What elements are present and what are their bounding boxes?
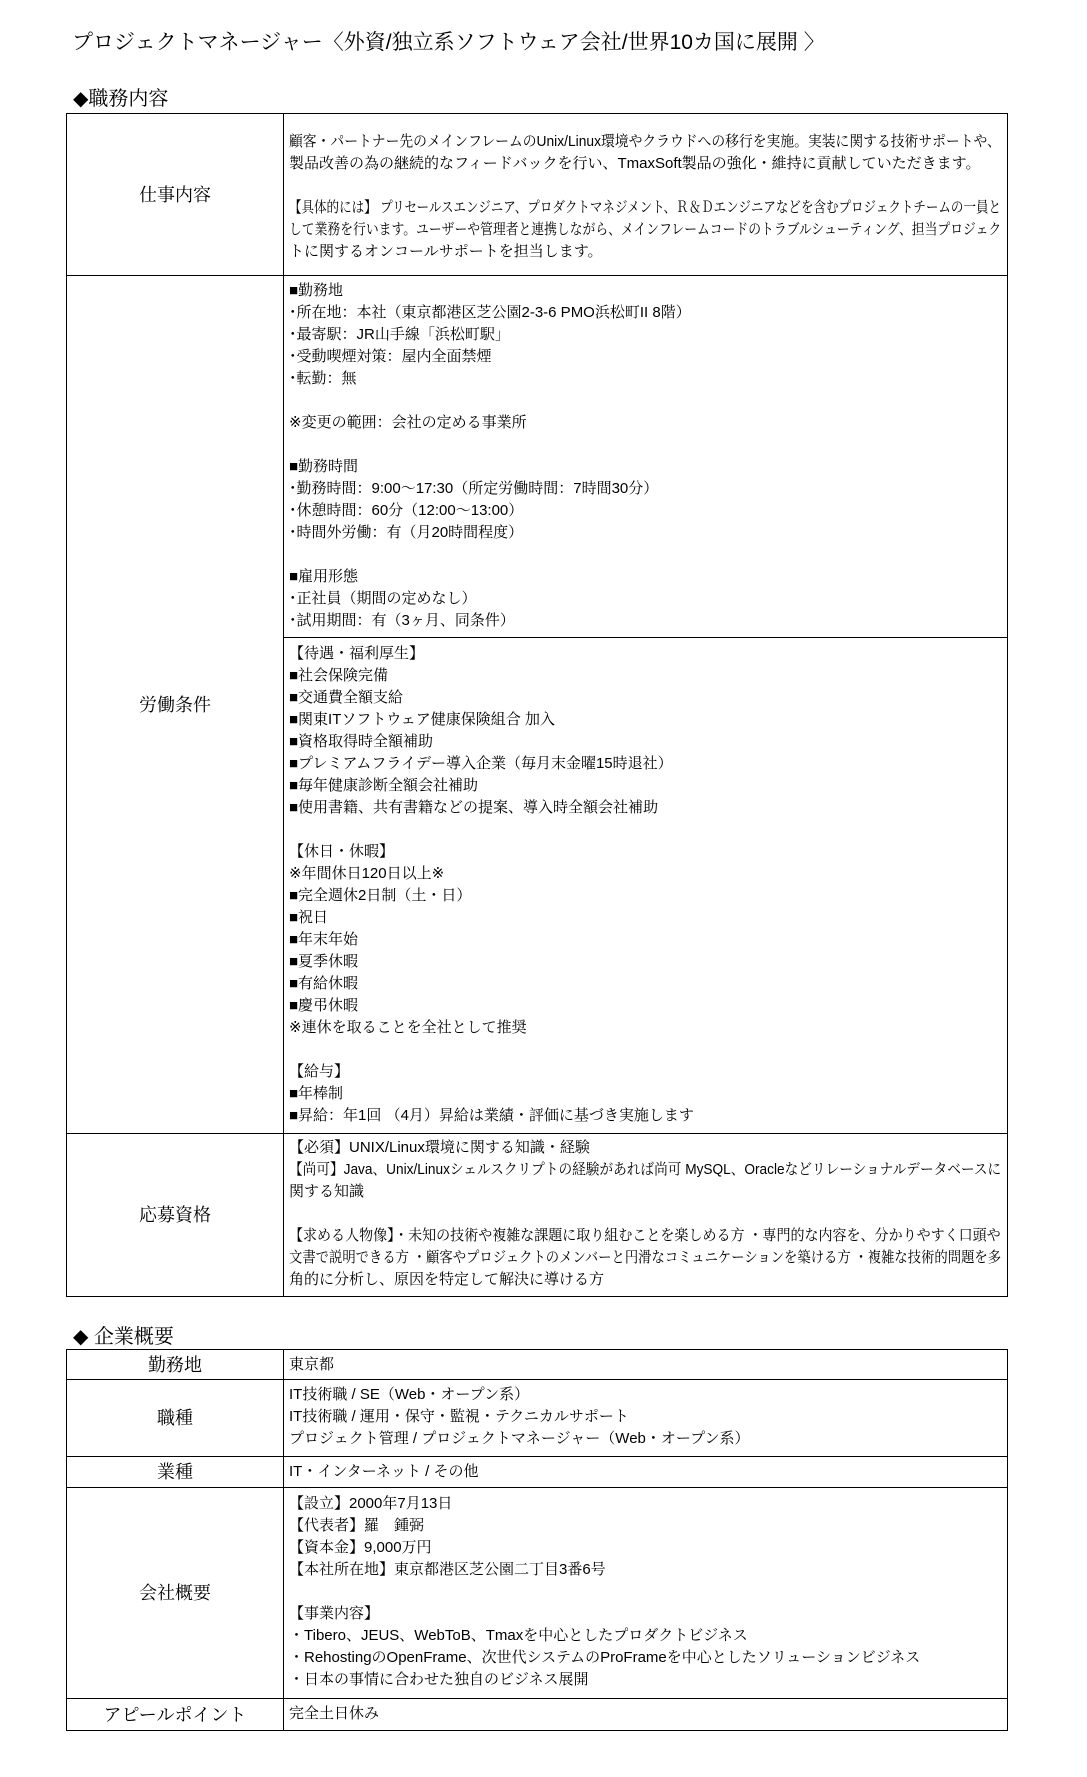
text-line: ■夏季休暇: [289, 951, 1001, 973]
row-label-duties: 仕事内容: [67, 114, 284, 275]
text-line: ■雇用形態: [289, 566, 1001, 588]
paragraph-change-scope: ※変更の範囲：会社の定める事業所: [289, 412, 1001, 434]
text-line: トに関するオンコールサポートを担当します。: [289, 241, 1001, 263]
conditions-location-hours: ■勤務地 ･所在地：本社（東京都港区芝公園2-3-6 PMO浜松町II 8階） …: [284, 276, 1007, 638]
job-details-table: 仕事内容 顧客・パートナー先のメインフレームのUnix/Linux環境やクラウド…: [66, 113, 1008, 1297]
table-row-job-type: 職種 IT技術職 / SE（Web・オープン系） IT技術職 / 運用・保守・監…: [67, 1380, 1008, 1457]
table-row-appeal-point: アピールポイント 完全土日休み: [67, 1699, 1008, 1731]
text-line: IT技術職 / SE（Web・オープン系）: [289, 1384, 1001, 1406]
page-title: プロジェクトマネージャー〈外資/独立系ソフトウェア会社/世界10カ国に展開 〉: [72, 30, 825, 56]
paragraph: 【具体的には】 プリセールスエンジニア、プロダクトマネジメント、Ｒ＆Ｄエンジニア…: [289, 197, 1001, 263]
text-line: ■毎年健康診断全額会社補助: [289, 775, 1001, 797]
text-line: ･転勤：無: [289, 368, 1001, 390]
text-line: ・Tibero、JEUS、WebToB、Tmaxを中心としたプロダクトビジネス: [289, 1625, 1001, 1647]
row-label-industry: 業種: [67, 1457, 284, 1487]
table-row-working-conditions: 労働条件 ■勤務地 ･所在地：本社（東京都港区芝公園2-3-6 PMO浜松町II…: [67, 276, 1008, 1134]
paragraph-requirements: 【必須】UNIX/Linux環境に関する知識・経験 【尚可】Java、Unix/…: [289, 1137, 1001, 1203]
paragraph-business: 【事業内容】 ・Tibero、JEUS、WebToB、Tmaxを中心としたプロダ…: [289, 1603, 1001, 1691]
paragraph-working-hours: ■勤務時間 ･勤務時間：9:00～17:30（所定労働時間：7時間30分） ･休…: [289, 456, 1001, 544]
text-line: ■有給休暇: [289, 973, 1001, 995]
text-line: ･受動喫煙対策：屋内全面禁煙: [289, 346, 1001, 368]
text-line: ■年末年始: [289, 929, 1001, 951]
text-line: ■社会保険完備: [289, 665, 1001, 687]
text-line: 【求める人物像】・未知の技術や複雑な課題に取り組むことを楽しめる方 ・専門的な内…: [289, 1225, 954, 1247]
section-heading-job-details: ◆職務内容: [73, 87, 168, 111]
text-line: ※連休を取ることを全社として推奨: [289, 1017, 1001, 1039]
text-line: 東京都: [289, 1354, 1001, 1376]
text-line: ･最寄駅：JR山手線「浜松町駅」: [289, 324, 1001, 346]
text-line: ■昇給：年1回 （4月）昇給は業績・評価に基づき実施します: [289, 1105, 1001, 1127]
text-line: 【設立】2000年7月13日: [289, 1493, 1001, 1515]
text-line: 完全土日休み: [289, 1703, 1001, 1725]
text-line: IT技術職 / 運用・保守・監視・テクニカルサポート: [289, 1406, 1001, 1428]
text-line: ･所在地：本社（東京都港区芝公園2-3-6 PMO浜松町II 8階）: [289, 302, 1001, 324]
text-line: 【待遇・福利厚生】: [289, 643, 1001, 665]
table-row-industry: 業種 IT・インターネット / その他: [67, 1457, 1008, 1488]
text-line: ■使用書籍、共有書籍などの提案、導入時全額会社補助: [289, 797, 1001, 819]
text-line: ■年棒制: [289, 1083, 1001, 1105]
text-line: 【資本金】9,000万円: [289, 1537, 1001, 1559]
paragraph-holidays: 【休日・休暇】 ※年間休日120日以上※ ■完全週休2日制（土・日） ■祝日 ■…: [289, 841, 1001, 1039]
text-line: 【本社所在地】東京都港区芝公園二丁目3番6号: [289, 1559, 1001, 1581]
text-line: 関する知識: [289, 1181, 1001, 1203]
text-line: 製品改善の為の継続的なフィードバックを行い、TmaxSoft製品の強化・維持に貢…: [289, 153, 1001, 175]
text-line: 【必須】UNIX/Linux環境に関する知識・経験: [289, 1137, 1001, 1159]
row-value-job-type: IT技術職 / SE（Web・オープン系） IT技術職 / 運用・保守・監視・テ…: [284, 1380, 1008, 1456]
text-line: IT・インターネット / その他: [289, 1461, 1001, 1483]
text-line: ■関東ITソフトウェア健康保険組合 加入: [289, 709, 1001, 731]
paragraph: 顧客・パートナー先のメインフレームのUnix/Linux環境やクラウドへの移行を…: [289, 131, 1001, 175]
section-heading-company-overview: ◆ 企業概要: [73, 1325, 174, 1349]
conditions-benefits: 【待遇・福利厚生】 ■社会保険完備 ■交通費全額支給 ■関東ITソフトウェア健康…: [284, 638, 1007, 1133]
text-line: 【休日・休暇】: [289, 841, 1001, 863]
text-line: プロジェクト管理 / プロジェクトマネージャー（Web・オープン系）: [289, 1428, 1001, 1450]
text-line: ･試用期間：有（3ヶ月、同条件）: [289, 610, 1001, 632]
text-line: 文書で説明できる方 ・顧客やプロジェクトのメンバーと円滑なコミュニケーションを築…: [289, 1247, 922, 1269]
text-line: ■祝日: [289, 907, 1001, 929]
row-label-work-location: 勤務地: [67, 1350, 284, 1379]
text-line: 顧客・パートナー先のメインフレームのUnix/Linux環境やクラウドへの移行を…: [289, 131, 944, 153]
text-line: ■完全週休2日制（土・日）: [289, 885, 1001, 907]
text-line: ※年間休日120日以上※: [289, 863, 1001, 885]
row-value-qualifications: 【必須】UNIX/Linux環境に関する知識・経験 【尚可】Java、Unix/…: [284, 1134, 1008, 1296]
company-overview-table: 勤務地 東京都 職種 IT技術職 / SE（Web・オープン系） IT技術職 /…: [66, 1349, 1008, 1731]
row-label-appeal-point: アピールポイント: [67, 1699, 284, 1730]
text-line: ･正社員（期間の定めなし）: [289, 588, 1001, 610]
row-value-industry: IT・インターネット / その他: [284, 1457, 1008, 1487]
text-line: ※変更の範囲：会社の定める事業所: [289, 412, 1001, 434]
text-line: ■交通費全額支給: [289, 687, 1001, 709]
text-line: 【具体的には】 プリセールスエンジニア、プロダクトマネジメント、Ｒ＆Ｄエンジニア…: [289, 197, 883, 219]
text-line: ・日本の事情に合わせた独自のビジネス展開: [289, 1669, 1001, 1691]
text-line: ■勤務時間: [289, 456, 1001, 478]
row-label-working-conditions: 労働条件: [67, 276, 284, 1133]
row-value-duties: 顧客・パートナー先のメインフレームのUnix/Linux環境やクラウドへの移行を…: [284, 114, 1008, 275]
paragraph-ideal-candidate: 【求める人物像】・未知の技術や複雑な課題に取り組むことを楽しめる方 ・専門的な内…: [289, 1225, 1001, 1291]
paragraph-employment-type: ■雇用形態 ･正社員（期間の定めなし） ･試用期間：有（3ヶ月、同条件）: [289, 566, 1001, 632]
row-value-company-overview: 【設立】2000年7月13日 【代表者】羅 鍾弼 【資本金】9,000万円 【本…: [284, 1488, 1008, 1698]
paragraph-salary: 【給与】 ■年棒制 ■昇給：年1回 （4月）昇給は業績・評価に基づき実施します: [289, 1061, 1001, 1127]
paragraph-company-facts: 【設立】2000年7月13日 【代表者】羅 鍾弼 【資本金】9,000万円 【本…: [289, 1493, 1001, 1581]
text-line: 【事業内容】: [289, 1603, 1001, 1625]
text-line: 【尚可】Java、Unix/Linuxシェルスクリプトの経験があれば尚可 MyS…: [289, 1159, 937, 1181]
text-line: 【代表者】羅 鍾弼: [289, 1515, 1001, 1537]
text-line: 角的に分析し、原因を特定して解決に導ける方: [289, 1269, 1001, 1291]
table-row-company-overview: 会社概要 【設立】2000年7月13日 【代表者】羅 鍾弼 【資本金】9,000…: [67, 1488, 1008, 1699]
text-line: して業務を行います。ユーザーや管理者と連携しながら、メインフレームコードのトラブ…: [289, 219, 897, 241]
table-row-duties: 仕事内容 顧客・パートナー先のメインフレームのUnix/Linux環境やクラウド…: [67, 114, 1008, 276]
row-label-company-overview: 会社概要: [67, 1488, 284, 1698]
text-line: ･勤務時間：9:00～17:30（所定労働時間：7時間30分）: [289, 478, 1001, 500]
table-row-work-location: 勤務地 東京都: [67, 1350, 1008, 1380]
text-line: ・RehostingのOpenFrame、次世代システムのProFrameを中心…: [289, 1647, 1001, 1669]
paragraph-benefits: 【待遇・福利厚生】 ■社会保険完備 ■交通費全額支給 ■関東ITソフトウェア健康…: [289, 643, 1001, 819]
paragraph-work-location: ■勤務地 ･所在地：本社（東京都港区芝公園2-3-6 PMO浜松町II 8階） …: [289, 280, 1001, 390]
row-label-qualifications: 応募資格: [67, 1134, 284, 1296]
text-line: ■勤務地: [289, 280, 1001, 302]
text-line: ■慶弔休暇: [289, 995, 1001, 1017]
text-line: 【給与】: [289, 1061, 1001, 1083]
row-value-work-location: 東京都: [284, 1350, 1008, 1379]
text-line: ･休憩時間：60分（12:00～13:00）: [289, 500, 1001, 522]
text-line: ･時間外労働：有（月20時間程度）: [289, 522, 1001, 544]
row-value-appeal-point: 完全土日休み: [284, 1699, 1008, 1730]
text-line: ■資格取得時全額補助: [289, 731, 1001, 753]
text-line: ■プレミアムフライデー導入企業（毎月末金曜15時退社）: [289, 753, 1001, 775]
table-row-qualifications: 応募資格 【必須】UNIX/Linux環境に関する知識・経験 【尚可】Java、…: [67, 1134, 1008, 1297]
row-value-working-conditions: ■勤務地 ･所在地：本社（東京都港区芝公園2-3-6 PMO浜松町II 8階） …: [284, 276, 1008, 1133]
row-label-job-type: 職種: [67, 1380, 284, 1456]
